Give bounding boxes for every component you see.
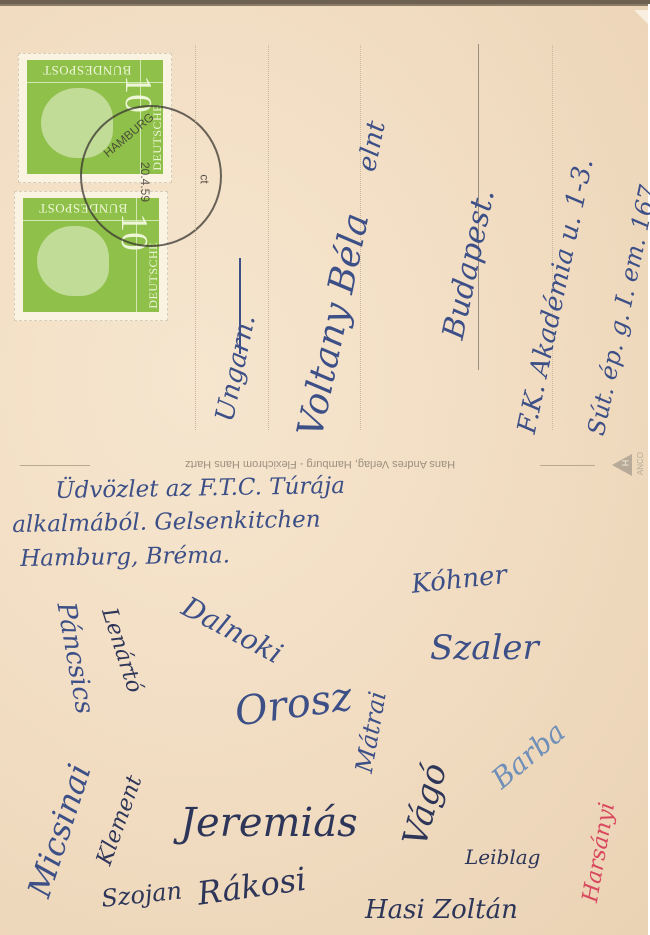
signature: Hasi Zoltán (365, 895, 518, 925)
logo-text: ANCO (636, 452, 645, 475)
divider (195, 45, 196, 430)
signature: Szaler (430, 628, 539, 668)
imprint-text: Hans Andres Verlag, Hamburg - Flexichrom… (100, 458, 540, 470)
postmark-code: ct (198, 174, 212, 183)
stamp-issuer: DEUTSCHE (146, 242, 161, 309)
postmark-date: 20.4.59 (138, 162, 152, 202)
portrait-image (37, 226, 109, 296)
signature: Leiblag (465, 845, 540, 869)
logo-letter: H (620, 460, 630, 467)
signature: Jeremiás (180, 800, 358, 846)
message-line: Üdvözlet az F.T.C. Túrája (55, 473, 345, 504)
address-underline (239, 258, 241, 354)
divider (268, 45, 269, 430)
message-line: Hamburg, Bréma. (20, 542, 230, 572)
corner-fold (634, 10, 648, 24)
message-line: alkalmából. Gelsenkitchen (12, 507, 321, 538)
